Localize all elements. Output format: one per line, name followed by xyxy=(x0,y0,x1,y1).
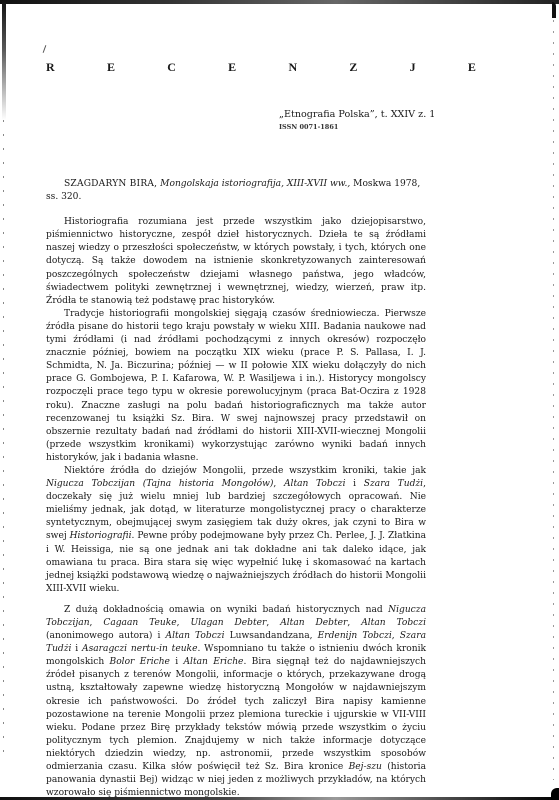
italic-title: Altan Tobczi xyxy=(166,631,225,641)
text-segment: , xyxy=(347,618,361,628)
scan-corner-bottom-right xyxy=(551,788,559,800)
heading-letter: E xyxy=(107,60,115,75)
text-segment: , xyxy=(392,631,400,641)
citation-author: SZAGDARYN BIRA, xyxy=(64,179,157,189)
heading-letter: E xyxy=(228,60,236,75)
text-segment: , xyxy=(177,618,191,628)
scan-edge-top xyxy=(0,0,559,4)
scan-edge-right-dots xyxy=(553,20,554,780)
text-segment: , xyxy=(273,479,284,489)
italic-title: Historiografii xyxy=(70,531,132,541)
italic-title: Altan Tobczi xyxy=(361,618,426,628)
section-heading: R E C E N Z J E xyxy=(46,60,476,75)
text-segment: Niektóre źródła do dziejów Mongolii, prz… xyxy=(64,466,426,476)
journal-info: „Etnografia Polska”, t. XXIV z. 1 ISSN 0… xyxy=(279,108,435,132)
heading-letter: Z xyxy=(349,60,357,75)
text-segment: i xyxy=(71,644,82,654)
italic-title: Ulagan Debter xyxy=(190,618,266,628)
paragraph: Tradycje historiografii mongolskiej sięg… xyxy=(46,308,426,465)
heading-letter: R xyxy=(46,60,55,75)
heading-letter: C xyxy=(167,60,176,75)
text-segment: (anonimowego autora) i xyxy=(46,631,166,641)
heading-letter: N xyxy=(288,60,297,75)
text-segment: Z dużą dokładnością omawia on wyniki bad… xyxy=(64,605,388,615)
paragraphs: Historiografia rozumiana jest przede wsz… xyxy=(46,216,426,800)
italic-title: Erdenijn Tobczi xyxy=(318,631,392,641)
paragraph: Niektóre źródła do dziejów Mongolii, prz… xyxy=(46,465,426,596)
italic-title: Bej-szu xyxy=(349,762,382,772)
italic-title: Altan Eriche xyxy=(183,657,243,667)
text-segment: . Bira sięgnął też do najdawniejszych źr… xyxy=(46,657,426,772)
text-segment: , xyxy=(266,618,280,628)
text-segment: i xyxy=(346,479,364,489)
scan-edge-left xyxy=(2,0,6,120)
italic-title: Altan Debter xyxy=(280,618,347,628)
journal-reference: „Etnografia Polska”, t. XXIV z. 1 xyxy=(279,108,435,121)
text-segment: Luwsandandzana, xyxy=(225,631,318,641)
citation-title: Mongolskaja istoriografija, XIII-XVII ww… xyxy=(160,179,350,189)
book-citation: SZAGDARYN BIRA, Mongolskaja istoriografi… xyxy=(46,178,426,204)
scan-edge-right xyxy=(552,2,556,18)
heading-letter: E xyxy=(468,60,476,75)
text-segment: i xyxy=(170,657,184,667)
italic-title: Szara Tudżi xyxy=(364,479,423,489)
italic-title: Altan Tobczi xyxy=(284,479,346,489)
text-segment: Historiografia rozumiana jest przede wsz… xyxy=(46,217,426,306)
heading-letter: J xyxy=(410,60,416,75)
italic-title: Bolor Eriche xyxy=(110,657,170,667)
scan-edge-left-dots xyxy=(3,120,4,760)
paragraph: Historiografia rozumiana jest przede wsz… xyxy=(46,216,426,308)
italic-title: Nigucza Tobczijan (Tajna historia Mongoł… xyxy=(46,479,273,489)
text-segment: , xyxy=(90,618,104,628)
scan-speck xyxy=(43,45,47,53)
issn: ISSN 0071-1861 xyxy=(279,122,435,132)
review-body: SZAGDARYN BIRA, Mongolskaja istoriografi… xyxy=(46,178,426,800)
italic-title: Cagaan Teuke xyxy=(103,618,176,628)
paragraph: Z dużą dokładnością omawia on wyniki bad… xyxy=(46,604,426,800)
italic-title: Asaragczi nertu-in teuke xyxy=(82,644,197,654)
text-segment: Tradycje historiografii mongolskiej sięg… xyxy=(46,309,426,463)
